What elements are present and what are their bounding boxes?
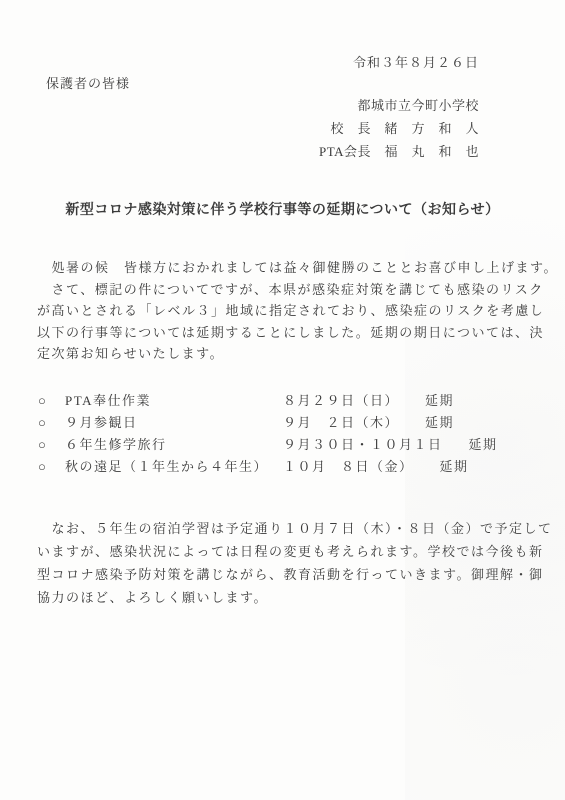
- sender-block: 都城市立今町小学校 校 長 緒 方 和 人 PTA会長 福 丸 和 也: [319, 94, 479, 163]
- sender-school-name: 都城市立今町小学校: [319, 94, 479, 117]
- event-row: ○ ６年生修学旅行 ９月３０日・１０月１日 延期: [38, 434, 545, 456]
- event-date: ８月２９日（日）: [283, 390, 399, 409]
- event-label: ６年生修学旅行: [65, 434, 283, 453]
- intro-paragraph: 処暑の候 皆様方におかれましては益々御健勝のこととお喜び申し上げます。 さて、標…: [37, 257, 529, 365]
- sender-principal-name: 校 長 緒 方 和 人: [319, 117, 479, 140]
- circle-bullet-icon: ○: [38, 459, 52, 475]
- event-row: ○ PTA奉仕作業 ８月２９日（日） 延期: [38, 390, 545, 412]
- event-status: 延期: [469, 434, 498, 453]
- event-label: PTA奉仕作業: [65, 390, 283, 409]
- event-date: ９月３０日・１０月１日: [283, 434, 443, 453]
- body-line: 以下の行事等については延期することにしました。延期の期日については、決: [37, 322, 529, 344]
- sender-pta-chair-name: PTA会長 福 丸 和 也: [319, 140, 479, 163]
- event-label: 秋の遠足（１年生から４年生）: [65, 456, 283, 475]
- event-row: ○ ９月参観日 ９月 ２日（木） 延期: [38, 412, 545, 434]
- document-title: 新型コロナ感染対策に伴う学校行事等の延期について（お知らせ）: [0, 199, 565, 219]
- body-line: 定次第お知らせいたします。: [37, 343, 529, 365]
- body-line: いますが、感染状況によっては日程の変更も考えられます。学校では今後も新: [37, 540, 529, 563]
- event-label: ９月参観日: [65, 412, 283, 431]
- circle-bullet-icon: ○: [38, 415, 52, 431]
- body-line: 型コロナ感染予防対策を講じながら、教育活動を行っていきます。御理解・御: [37, 563, 529, 586]
- addressee: 保護者の皆様: [46, 73, 130, 92]
- event-date: ９月 ２日（木）: [283, 412, 399, 431]
- circle-bullet-icon: ○: [38, 393, 52, 409]
- closing-paragraph: なお、５年生の宿泊学習は予定通り１０月７日（木）・８日（金）で予定して いますが…: [37, 517, 529, 609]
- body-line: が高いとされる「レベル３」地域に指定されており、感染症のリスクを考慮し: [37, 300, 529, 322]
- event-status: 延期: [425, 390, 454, 409]
- scanned-letter-page: 令和３年８月２６日 保護者の皆様 都城市立今町小学校 校 長 緒 方 和 人 P…: [0, 0, 565, 800]
- body-line: 協力のほど、よろしく願いします。: [37, 586, 529, 609]
- circle-bullet-icon: ○: [38, 437, 52, 453]
- event-status: 延期: [440, 456, 469, 475]
- body-line: さて、標記の件についてですが、本県が感染症対策を講じても感染のリスク: [37, 279, 529, 301]
- postponed-event-list: ○ PTA奉仕作業 ８月２９日（日） 延期 ○ ９月参観日 ９月 ２日（木） 延…: [38, 390, 545, 478]
- issue-date: 令和３年８月２６日: [353, 52, 479, 71]
- event-date: １０月 ８日（金）: [283, 456, 414, 475]
- body-line: 処暑の候 皆様方におかれましては益々御健勝のこととお喜び申し上げます。: [37, 257, 529, 279]
- body-line: なお、５年生の宿泊学習は予定通り１０月７日（木）・８日（金）で予定して: [37, 517, 529, 540]
- event-status: 延期: [425, 412, 454, 431]
- event-row: ○ 秋の遠足（１年生から４年生） １０月 ８日（金） 延期: [38, 456, 545, 478]
